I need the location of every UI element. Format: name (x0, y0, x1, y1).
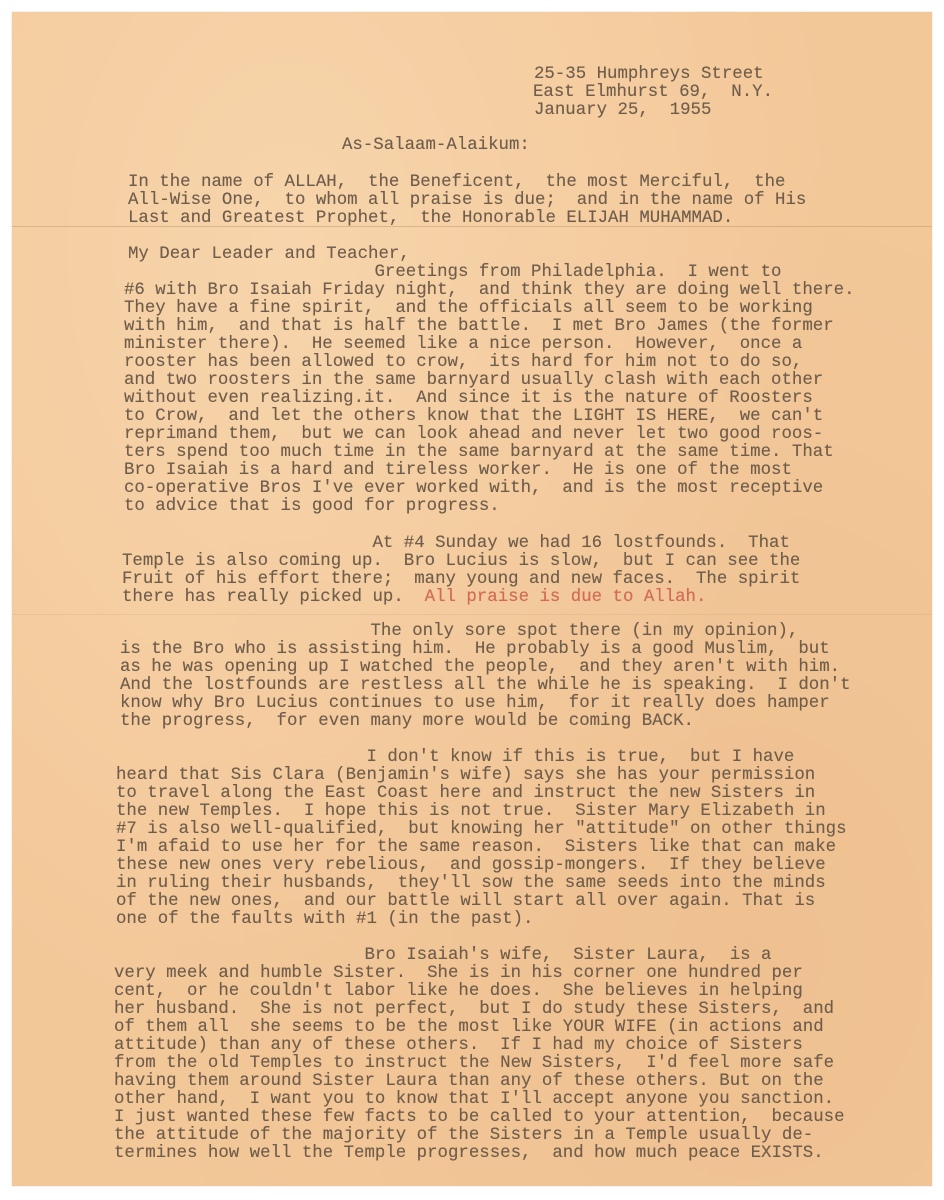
text-line: ters spend too much time in the same bar… (124, 444, 834, 462)
invocation-line: Last and Greatest Prophet, the Honorable… (128, 210, 733, 228)
fold-line (12, 614, 932, 615)
address-city: East Elmhurst 69, N.Y. (533, 84, 773, 102)
text-line: and two roosters in the same barnyard us… (124, 372, 823, 390)
letter-page: 25-35 Humphreys Street East Elmhurst 69,… (12, 12, 932, 1186)
text-line: Temple is also coming up. Bro Lucius is … (122, 553, 800, 571)
text-line: know why Bro Lucius continues to use him… (120, 695, 830, 713)
text-line: The only sore spot there (in my opinion)… (120, 623, 798, 641)
text-line: the new Temples. I hope this is not true… (116, 803, 826, 821)
text-line: to travel along the East Coast here and … (116, 785, 815, 803)
text-line: having them around Sister Laura than any… (114, 1073, 824, 1091)
text-line: is the Bro who is assisting him. He prob… (120, 641, 830, 659)
text-line: I don't know if this is true, but I have (116, 749, 794, 767)
text-line: as he was opening up I watched the peopl… (120, 659, 840, 677)
letter-date: January 25, 1955 (534, 102, 711, 120)
text-line: to Crow, and let the others know that th… (124, 408, 823, 426)
text-line: these new ones very rebelious, and gossi… (116, 857, 826, 875)
text-line: the attitude of the majority of the Sist… (114, 1127, 813, 1145)
text-line: co-operative Bros I've ever worked with,… (124, 480, 823, 498)
text-line: the progress, for even many more would b… (120, 713, 694, 731)
text-line: And the lostfounds are restless all the … (120, 677, 851, 695)
text-line: Bro Isaiah's wife, Sister Laura, is a (114, 947, 771, 965)
invocation-line: All-Wise One, to whom all praise is due;… (128, 192, 806, 210)
text-line: rooster has been allowed to crow, its ha… (124, 354, 802, 372)
text-line: Bro Isaiah is a hard and tireless worker… (124, 462, 792, 480)
text-line: cent, or he couldn't labor like he does.… (114, 983, 803, 1001)
text-run: there has really picked up. (122, 588, 425, 607)
text-line: with him, and that is half the battle. I… (124, 318, 834, 336)
text-line: very meek and humble Sister. She is in h… (114, 965, 803, 983)
highlighted-praise: All praise is due to Allah. (425, 588, 707, 607)
text-line: minister there). He seemed like a nice p… (124, 336, 802, 354)
salutation: My Dear Leader and Teacher, (128, 246, 410, 264)
text-line: They have a fine spirit, and the officia… (124, 300, 813, 318)
text-line: I just wanted these few facts to be call… (114, 1109, 845, 1127)
text-line: heard that Sis Clara (Benjamin's wife) s… (116, 767, 815, 785)
text-line: of the new ones, and our battle will sta… (116, 893, 815, 911)
greeting: As-Salaam-Alaikum: (342, 137, 530, 155)
text-line: Fruit of his effort there; many young an… (122, 571, 800, 589)
text-line: without even realizing.it. And since it … (124, 390, 813, 408)
text-line: reprimand them, but we can look ahead an… (124, 426, 823, 444)
text-line: termines how well the Temple progresses,… (114, 1145, 824, 1163)
text-line: to advice that is good for progress. (124, 498, 500, 516)
text-line: of them all she seems to be the most lik… (114, 1019, 824, 1037)
text-line: other hand, I want you to know that I'll… (114, 1091, 834, 1109)
text-line: Greetings from Philadelphia. I went to (124, 264, 781, 282)
text-line: attitude) than any of these others. If I… (114, 1037, 803, 1055)
text-line: her husband. She is not perfect, but I d… (114, 1001, 834, 1019)
address-street: 25-35 Humphreys Street (534, 66, 764, 84)
text-line: from the old Temples to instruct the New… (114, 1055, 834, 1073)
text-line: one of the faults with #1 (in the past). (116, 911, 533, 929)
text-line: At #4 Sunday we had 16 lostfounds. That (122, 535, 790, 553)
text-line: I'm afaid to use her for the same reason… (116, 839, 836, 857)
text-line: there has really picked up. All praise i… (122, 589, 706, 607)
text-line: #6 with Bro Isaiah Friday night, and thi… (124, 282, 855, 300)
text-line: #7 is also well-qualified, but knowing h… (116, 821, 847, 839)
text-line: in ruling their husbands, they'll sow th… (116, 875, 826, 893)
invocation-line: In the name of ALLAH, the Beneficent, th… (128, 174, 785, 192)
